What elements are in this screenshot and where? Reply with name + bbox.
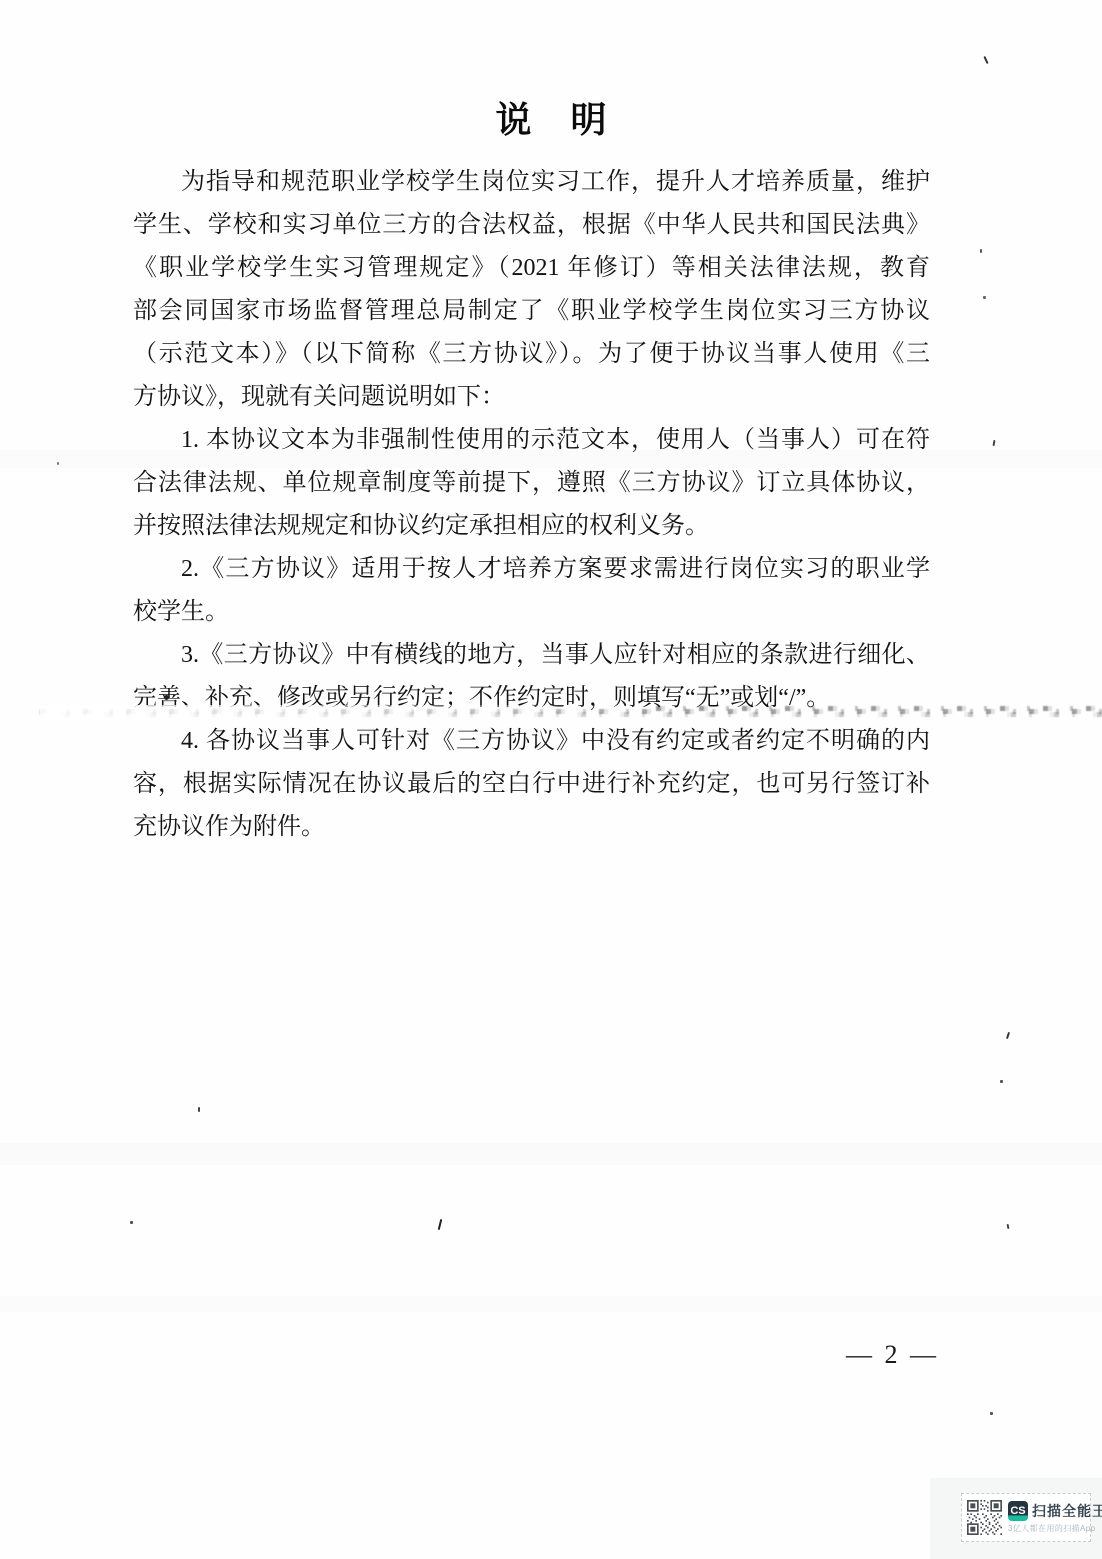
- scan-speck: [1006, 1032, 1010, 1039]
- text-line: 容，根据实际情况在协议最后的空白行中进行补充约定，也可另行签订补: [133, 763, 930, 806]
- text-line: 学生、学校和实习单位三方的合法权益，根据《中华人民共和国民法典》: [133, 204, 930, 247]
- scan-speck: [992, 440, 995, 446]
- watermark-tagline: 3亿人都在用的扫描App: [1008, 1523, 1085, 1534]
- pen-stroke-mark: [438, 1219, 443, 1230]
- document-body: 为指导和规范职业学校学生岗位实习工作，提升人才培养质量，维护学生、学校和实习单位…: [133, 161, 930, 849]
- text-line: 合法律法规、单位规章制度等前提下，遵照《三方协议》订立具体协议，: [133, 462, 930, 505]
- text-line: （示范文本）》（以下简称《三方协议》）。为了便于协议当事人使用《三: [133, 333, 930, 376]
- watermark-text-block: CS 扫描全能王 3亿人都在用的扫描App: [1008, 1501, 1085, 1534]
- text-line: 4. 各协议当事人可针对《三方协议》中没有约定或者约定不明确的内: [133, 720, 930, 763]
- text-line: 1. 本协议文本为非强制性使用的示范文本，使用人（当事人）可在符: [133, 419, 930, 462]
- text-line: 为指导和规范职业学校学生岗位实习工作，提升人才培养质量，维护: [133, 161, 930, 204]
- text-line: 方协议》，现就有关问题说明如下：: [133, 376, 930, 419]
- text-line: 2.《三方协议》适用于按人才培养方案要求需进行岗位实习的职业学: [133, 548, 930, 591]
- scan-noise-layer: [40, 712, 1102, 717]
- scan-shading-band: [0, 1143, 1102, 1165]
- scan-noise-layer: [40, 709, 1102, 714]
- scan-speck: [198, 1107, 200, 1112]
- scan-speck: [1000, 1080, 1003, 1083]
- scan-noise-layer: [656, 706, 1102, 711]
- camscanner-watermark: CS 扫描全能王 3亿人都在用的扫描App: [961, 1493, 1091, 1542]
- qr-code-icon: [967, 1500, 1002, 1535]
- scan-speck: [983, 296, 986, 299]
- watermark-app-name: 扫描全能王: [1032, 1501, 1102, 1521]
- text-line: 3.《三方协议》中有横线的地方，当事人应针对相应的条款进行细化、: [133, 634, 930, 677]
- page-title: 说 明: [0, 97, 1102, 143]
- text-line: 充协议作为附件。: [133, 806, 930, 849]
- scan-speck: [1007, 1224, 1010, 1229]
- page-number: — 2 —: [846, 1340, 939, 1370]
- ink-dot: [164, 695, 169, 700]
- scan-speck: [980, 249, 982, 253]
- text-line: 部会同国家市场监督管理总局制定了《职业学校学生岗位实习三方协议: [133, 290, 930, 333]
- scan-shading-band: [0, 1296, 1102, 1312]
- scan-speck: [57, 462, 59, 465]
- scan-noise-streak: [40, 705, 1102, 720]
- scanned-document-page: 说 明 为指导和规范职业学校学生岗位实习工作，提升人才培养质量，维护学生、学校和…: [0, 0, 1102, 1559]
- scan-speck: [983, 56, 988, 64]
- text-line: 《职业学校学生实习管理规定》（2021 年修订）等相关法律法规，教育: [133, 247, 930, 290]
- scan-speck: [990, 1412, 993, 1415]
- scan-speck: [130, 1221, 133, 1224]
- camscanner-logo-icon: CS: [1008, 1501, 1028, 1521]
- text-line: 校学生。: [133, 591, 930, 634]
- text-line: 并按照法律法规规定和协议约定承担相应的权利义务。: [133, 505, 930, 548]
